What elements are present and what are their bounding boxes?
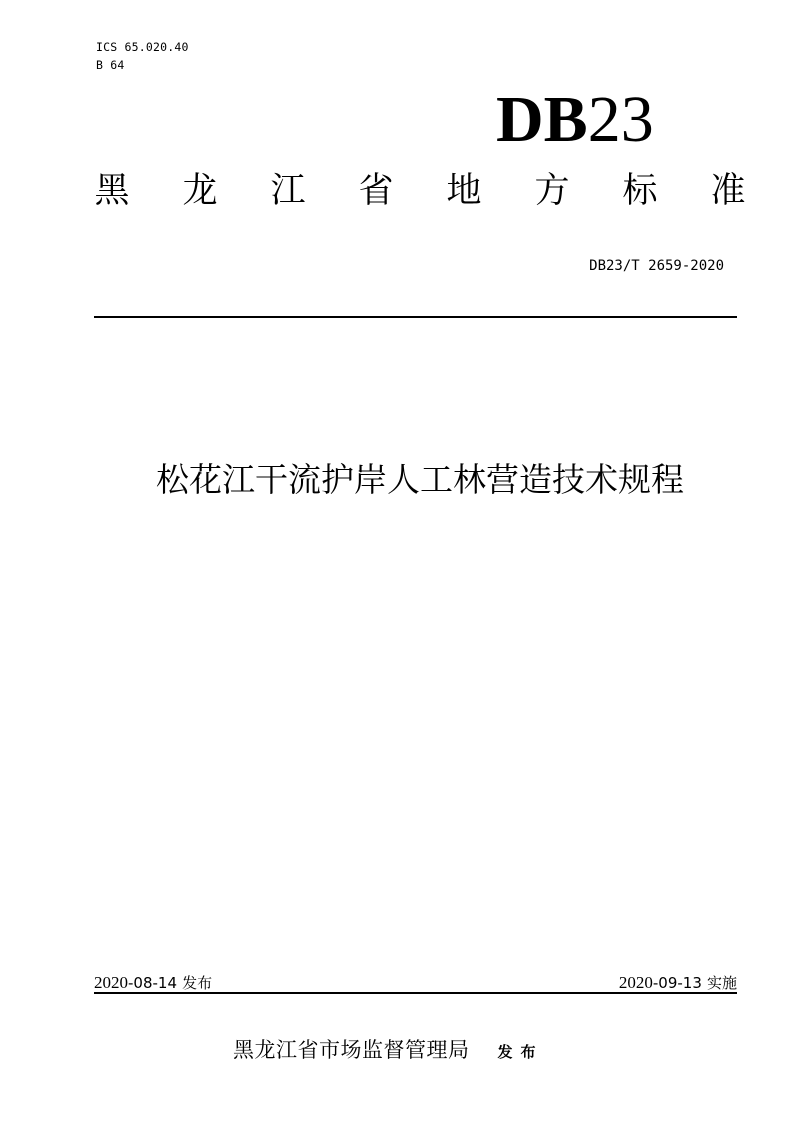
standard-type-char: 标 — [622, 166, 658, 216]
implement-date-month-day: -09-13 — [653, 974, 702, 992]
issue-date: 2020-08-14 发布 — [94, 972, 212, 994]
header-divider — [94, 316, 737, 318]
standard-type-heading: 黑 龙 江 省 地 方 标 准 — [94, 166, 746, 216]
db-code-logo: DB23 — [496, 80, 654, 160]
issue-date-month-day: -08-14 — [128, 974, 177, 992]
issue-date-year: 2020 — [94, 973, 128, 992]
standard-type-char: 黑 — [94, 166, 130, 216]
ccs-code: B 64 — [96, 56, 189, 74]
publisher-line: 黑龙江省市场监督管理局 发布 — [233, 1036, 544, 1064]
standard-type-char: 江 — [270, 166, 306, 216]
publisher-issue-label: 发布 — [498, 1041, 544, 1062]
document-title: 松花江干流护岸人工林营造技术规程 — [0, 456, 800, 504]
implement-date-label: 实施 — [707, 974, 737, 992]
ics-code: ICS 65.020.40 — [96, 38, 189, 56]
implement-date-year: 2020 — [619, 973, 653, 992]
classification-codes: ICS 65.020.40 B 64 — [96, 38, 189, 74]
standard-type-char: 准 — [710, 166, 746, 216]
standard-type-char: 方 — [534, 166, 570, 216]
standard-type-char: 省 — [358, 166, 394, 216]
implement-date: 2020-09-13 实施 — [619, 972, 737, 994]
dates-divider — [94, 992, 737, 994]
issue-date-label: 发布 — [182, 974, 212, 992]
db-code-prefix: DB — [496, 83, 588, 156]
standard-type-char: 龙 — [182, 166, 218, 216]
standard-type-char: 地 — [446, 166, 482, 216]
publisher-name: 黑龙江省市场监督管理局 — [233, 1036, 470, 1064]
standard-number: DB23/T 2659-2020 — [589, 256, 724, 276]
db-code-number: 23 — [588, 83, 654, 156]
